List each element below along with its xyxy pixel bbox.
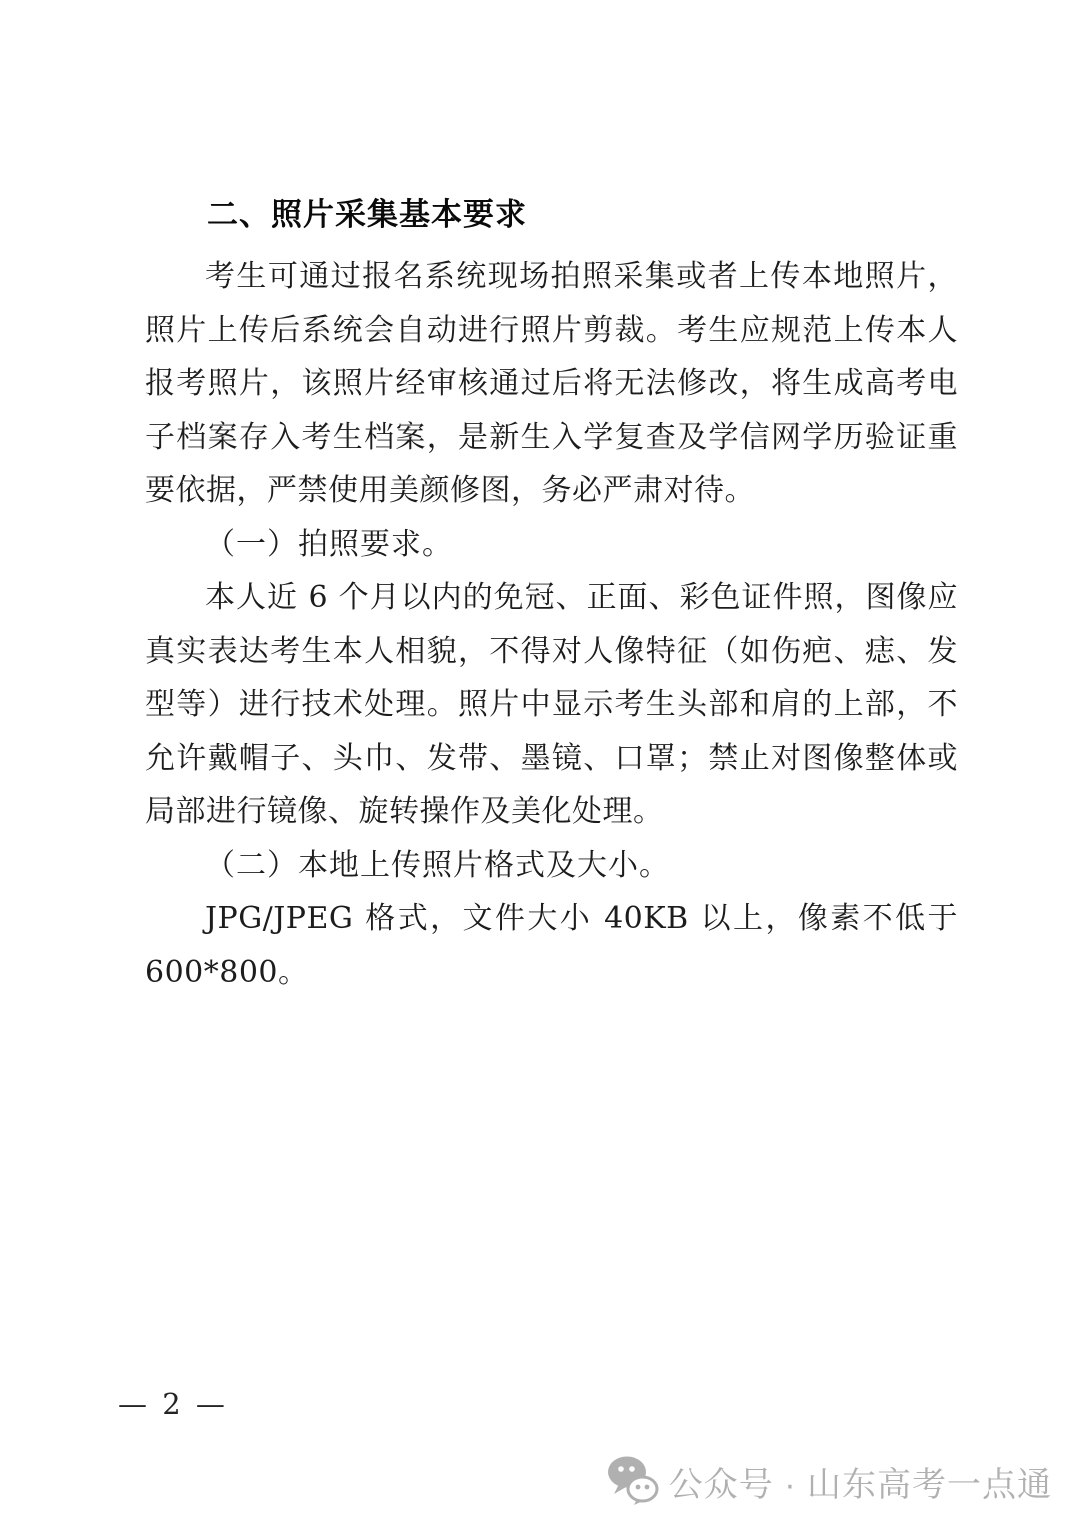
- paragraph-upload-format-detail: JPG/JPEG 格式，文件大小 40KB 以上，像素不低于 600*800。: [145, 892, 958, 999]
- subsection-heading-upload-format: （二）本地上传照片格式及大小。: [145, 839, 958, 893]
- page-number: — 2 —: [118, 1387, 228, 1421]
- subsection-heading-photo-requirements: （一）拍照要求。: [145, 518, 958, 572]
- section-heading: 二、照片采集基本要求: [145, 197, 958, 233]
- paragraph-photo-collection-intro: 考生可通过报名系统现场拍照采集或者上传本地照片，照片上传后系统会自动进行照片剪裁…: [145, 250, 958, 518]
- watermark-text: 公众号 · 山东高考一点通: [669, 1457, 1052, 1506]
- paragraph-photo-requirements-detail: 本人近 6 个月以内的免冠、正面、彩色证件照，图像应真实表达考生本人相貌，不得对…: [145, 571, 958, 839]
- wechat-icon: [607, 1456, 659, 1506]
- watermark: 公众号 · 山东高考一点通: [607, 1456, 1052, 1506]
- document-body: 二、照片采集基本要求 考生可通过报名系统现场拍照采集或者上传本地照片，照片上传后…: [145, 197, 958, 999]
- document-page: 二、照片采集基本要求 考生可通过报名系统现场拍照采集或者上传本地照片，照片上传后…: [0, 0, 1080, 1527]
